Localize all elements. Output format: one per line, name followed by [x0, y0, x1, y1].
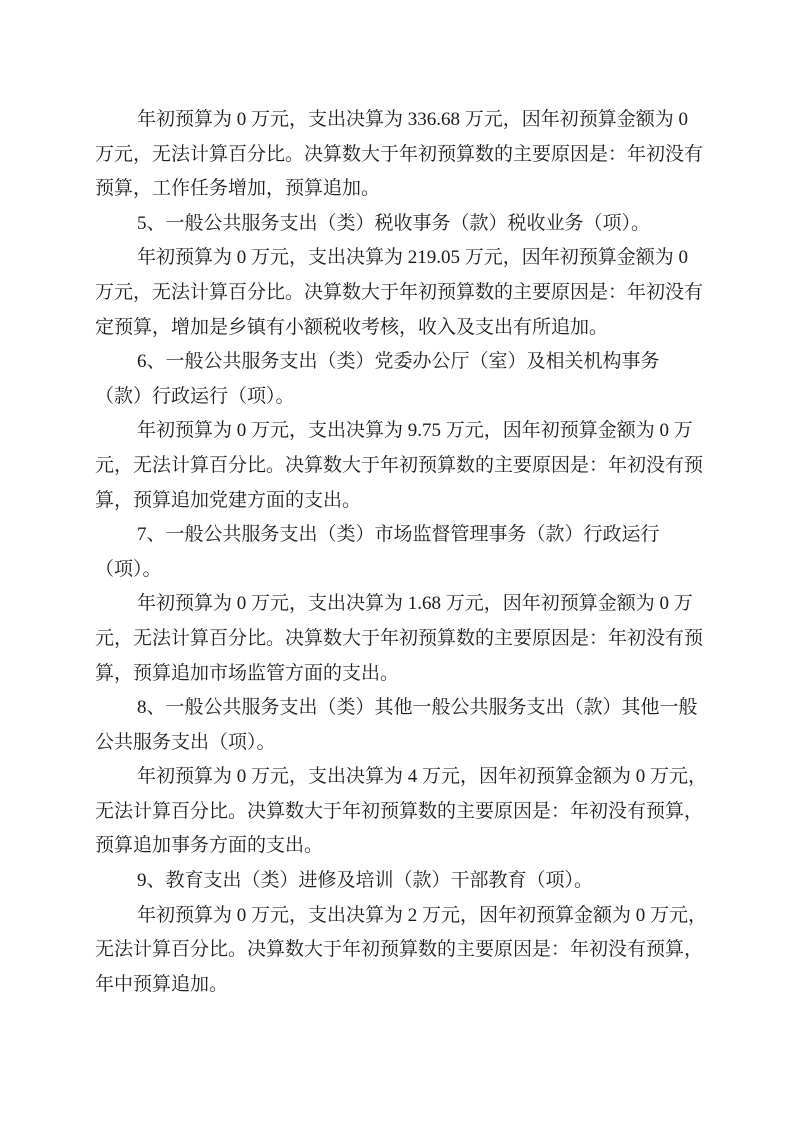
document-line: 元，无法计算百分比。决算数大于年初预算数的主要原因是：年初没有预 [95, 622, 701, 657]
document-line: （款）行政运行（项）。 [95, 380, 701, 415]
document-line: 年初预算为 0 万元，支出决算为 219.05 万元，因年初预算金额为 0 [95, 241, 701, 276]
document-line: 预算，工作任务增加，预算追加。 [95, 172, 701, 207]
document-line: 无法计算百分比。决算数大于年初预算数的主要原因是：年初没有预算， [95, 933, 701, 968]
document-line: 年初预算为 0 万元，支出决算为 4 万元，因年初预算金额为 0 万元， [95, 760, 701, 795]
paragraph-budget-explain-2: 年初预算为 0 万元，支出决算为 2 万元，因年初预算金额为 0 万元， 无法计… [95, 899, 701, 1003]
document-line: 5、一般公共服务支出（类）税收事务（款）税收业务（项）。 [95, 207, 701, 242]
document-line: 定预算，增加是乡镇有小额税收考核，收入及支出有所追加。 [95, 311, 701, 346]
document-line: 年初预算为 0 万元，支出决算为 9.75 万元，因年初预算金额为 0 万 [95, 414, 701, 449]
document-text-block: 年初预算为 0 万元，支出决算为 336.68 万元，因年初预算金额为 0 万元… [95, 103, 701, 1002]
document-line: 8、一般公共服务支出（类）其他一般公共服务支出（款）其他一般 [95, 691, 701, 726]
document-line: （项）。 [95, 553, 701, 588]
paragraph-item-6-heading: 6、一般公共服务支出（类）党委办公厅（室）及相关机构事务 （款）行政运行（项）。 [95, 345, 701, 414]
document-line: 9、教育支出（类）进修及培训（款）干部教育（项）。 [95, 864, 701, 899]
document-line: 元，无法计算百分比。决算数大于年初预算数的主要原因是：年初没有预 [95, 449, 701, 484]
paragraph-budget-explain-336: 年初预算为 0 万元，支出决算为 336.68 万元，因年初预算金额为 0 万元… [95, 103, 701, 207]
paragraph-budget-explain-4: 年初预算为 0 万元，支出决算为 4 万元，因年初预算金额为 0 万元， 无法计… [95, 760, 701, 864]
document-line: 年初预算为 0 万元，支出决算为 2 万元，因年初预算金额为 0 万元， [95, 899, 701, 934]
paragraph-budget-explain-1-68: 年初预算为 0 万元，支出决算为 1.68 万元，因年初预算金额为 0 万 元，… [95, 587, 701, 691]
document-line: 万元，无法计算百分比。决算数大于年初预算数的主要原因是：年初没有 [95, 276, 701, 311]
paragraph-item-8-heading: 8、一般公共服务支出（类）其他一般公共服务支出（款）其他一般 公共服务支出（项）… [95, 691, 701, 760]
document-line: 万元，无法计算百分比。决算数大于年初预算数的主要原因是：年初没有 [95, 138, 701, 173]
document-line: 公共服务支出（项）。 [95, 726, 701, 761]
paragraph-item-9-heading: 9、教育支出（类）进修及培训（款）干部教育（项）。 [95, 864, 701, 899]
document-line: 年初预算为 0 万元，支出决算为 336.68 万元，因年初预算金额为 0 [95, 103, 701, 138]
document-line: 6、一般公共服务支出（类）党委办公厅（室）及相关机构事务 [95, 345, 701, 380]
document-line: 算，预算追加市场监管方面的支出。 [95, 657, 701, 692]
document-line: 年初预算为 0 万元，支出决算为 1.68 万元，因年初预算金额为 0 万 [95, 587, 701, 622]
paragraph-budget-explain-219: 年初预算为 0 万元，支出决算为 219.05 万元，因年初预算金额为 0 万元… [95, 241, 701, 345]
document-line: 算，预算追加党建方面的支出。 [95, 484, 701, 519]
paragraph-budget-explain-9-75: 年初预算为 0 万元，支出决算为 9.75 万元，因年初预算金额为 0 万 元，… [95, 414, 701, 518]
document-line: 无法计算百分比。决算数大于年初预算数的主要原因是：年初没有预算， [95, 795, 701, 830]
document-line: 预算追加事务方面的支出。 [95, 829, 701, 864]
paragraph-item-7-heading: 7、一般公共服务支出（类）市场监督管理事务（款）行政运行 （项）。 [95, 518, 701, 587]
paragraph-item-5-heading: 5、一般公共服务支出（类）税收事务（款）税收业务（项）。 [95, 207, 701, 242]
document-line: 年中预算追加。 [95, 968, 701, 1003]
document-line: 7、一般公共服务支出（类）市场监督管理事务（款）行政运行 [95, 518, 701, 553]
document-page: 年初预算为 0 万元，支出决算为 336.68 万元，因年初预算金额为 0 万元… [0, 0, 793, 1122]
